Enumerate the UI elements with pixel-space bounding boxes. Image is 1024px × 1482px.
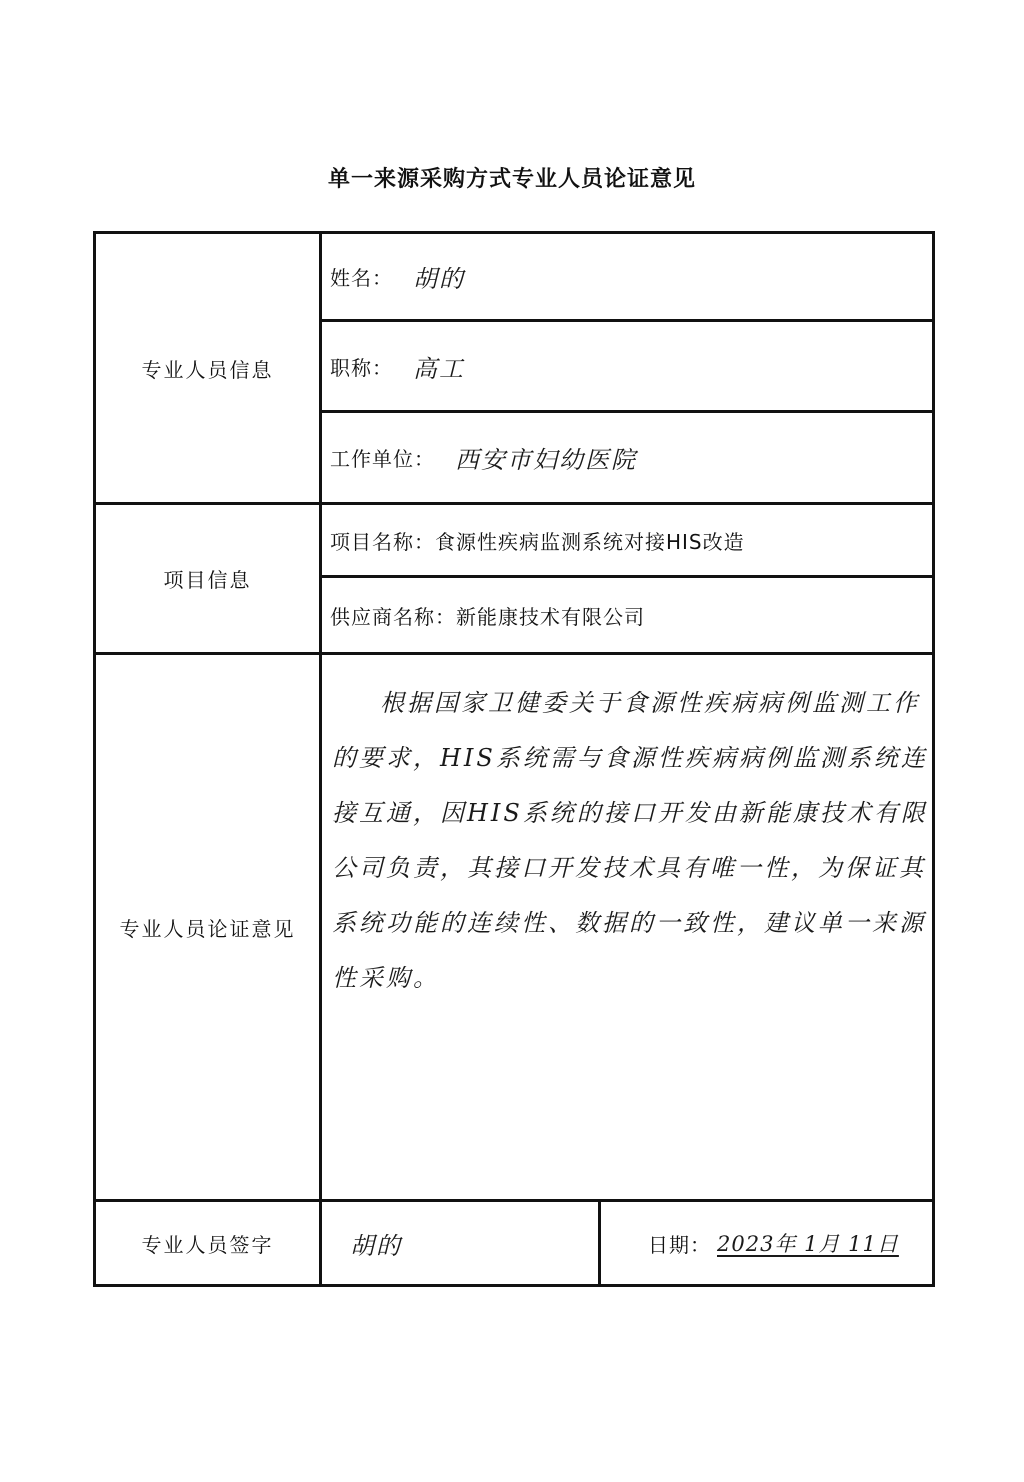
title-field: 职称： 高工	[330, 322, 930, 410]
name-value: 胡的	[413, 259, 465, 294]
workplace-field: 工作单位： 西安市妇幼医院	[330, 413, 930, 502]
title-value: 高工	[413, 349, 465, 384]
date-label: 日期：	[648, 1229, 711, 1258]
name-field: 姓名： 胡的	[330, 234, 930, 319]
personnel-info-label: 专业人员信息	[96, 234, 319, 502]
title-label: 职称：	[330, 352, 393, 381]
document-title: 单一来源采购方式专业人员论证意见	[0, 162, 1024, 193]
project-info-label: 项目信息	[96, 505, 319, 652]
signature-field: 胡的	[330, 1202, 595, 1284]
project-name-field: 项目名称：食源性疾病监测系统对接HIS改造	[330, 505, 930, 575]
signature-label: 专业人员签字	[96, 1202, 319, 1284]
opinion-label: 专业人员论证意见	[96, 655, 319, 1199]
workplace-label: 工作单位：	[330, 443, 435, 472]
opinion-text: 根据国家卫健委关于食源性疾病病例监测工作的要求，HIS系统需与食源性疾病病例监测…	[332, 676, 928, 1006]
date-field: 日期： 2023年 1月 11日	[648, 1202, 933, 1284]
supplier-name-field: 供应商名称：新能康技术有限公司	[330, 578, 930, 652]
name-label: 姓名：	[330, 262, 393, 291]
signature-value: 胡的	[350, 1226, 402, 1261]
column-divider	[319, 231, 322, 1287]
workplace-value: 西安市妇幼医院	[455, 440, 637, 475]
date-value: 2023年 1月 11日	[717, 1228, 899, 1258]
signature-divider	[598, 1200, 601, 1287]
